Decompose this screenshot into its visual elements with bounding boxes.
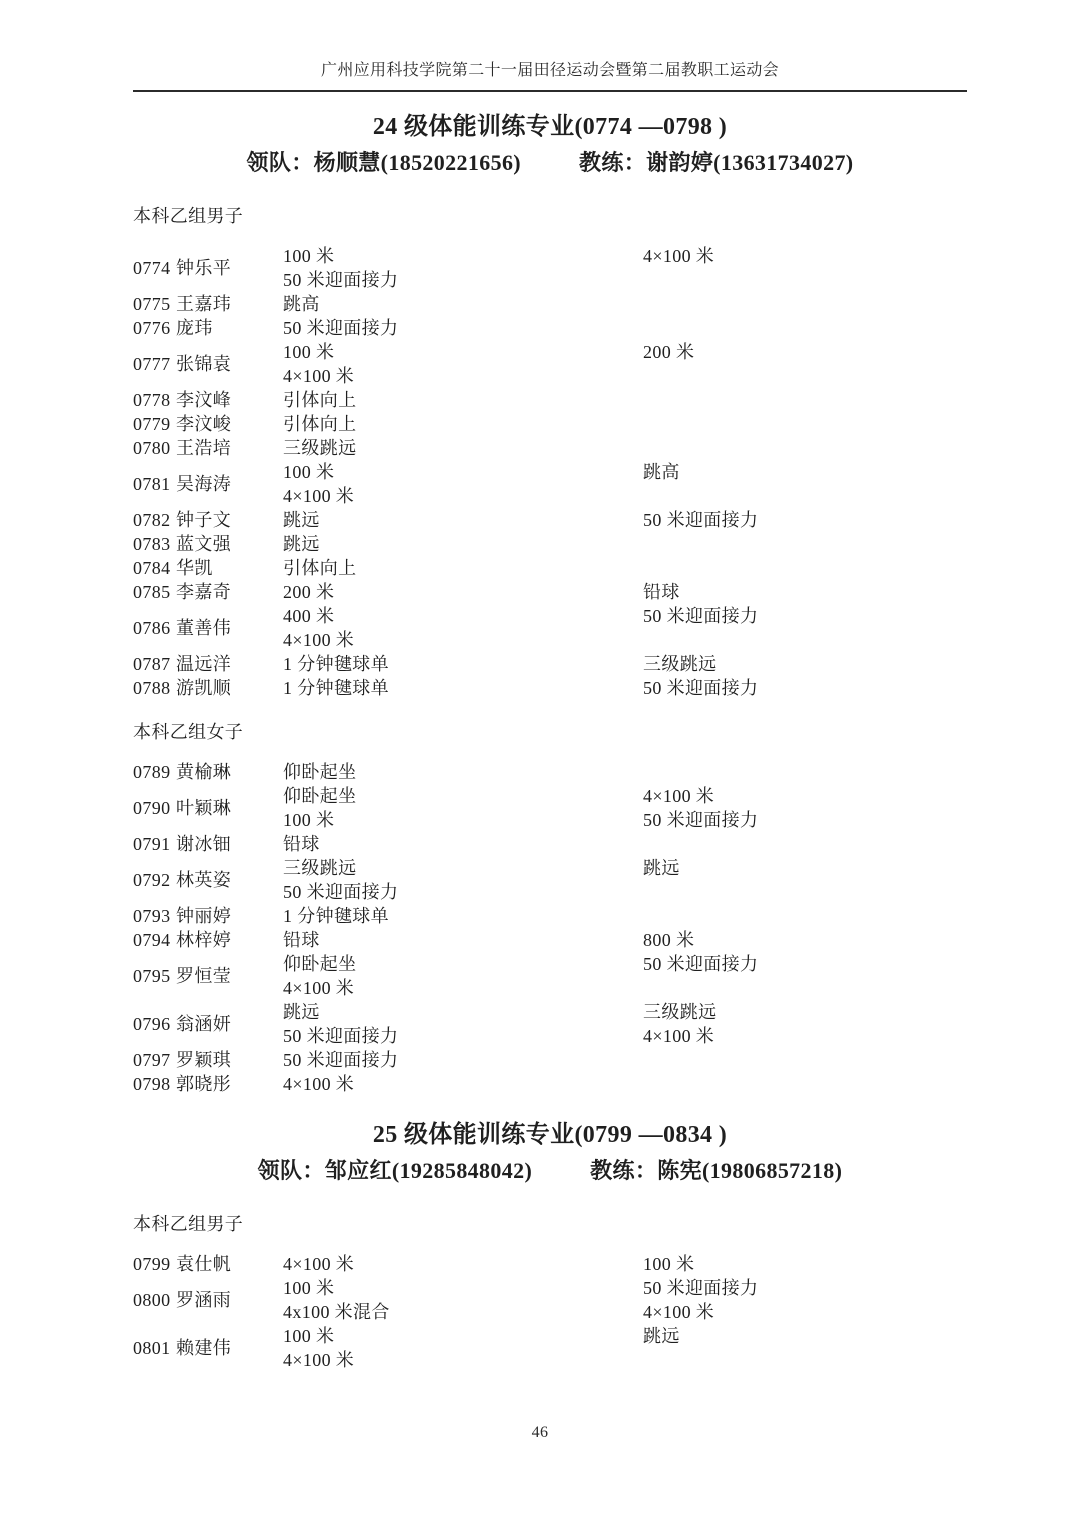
event-item: 1 分钟毽球单 xyxy=(283,904,643,928)
athlete-id: 0790 xyxy=(133,796,176,820)
athlete-name: 王浩培 xyxy=(176,436,283,460)
athlete-row: 0787 温远洋 1 分钟毽球单 三级跳远 xyxy=(133,652,967,676)
event-item: 50 米迎面接力 xyxy=(283,1048,643,1072)
event-item: 仰卧起坐 xyxy=(283,760,643,784)
events-primary: 三级跳远50 米迎面接力 xyxy=(283,856,643,904)
event-item: 4×100 米 xyxy=(283,1348,643,1372)
events-primary: 三级跳远 xyxy=(283,436,643,460)
events-primary: 1 分钟毽球单 xyxy=(283,904,643,928)
page: 广州应用科技学院第二十一届田径运动会暨第二届教职工运动会 24 级体能训练专业(… xyxy=(0,0,1080,1515)
events-secondary: 50 米迎面接力 xyxy=(643,676,967,700)
events-primary: 400 米4×100 米 xyxy=(283,604,643,652)
content: 24 级体能训练专业(0774 —0798 ) 领队：杨顺慧(185202216… xyxy=(133,112,967,1372)
groups: 24 级体能训练专业(0774 —0798 ) 领队：杨顺慧(185202216… xyxy=(133,112,967,1372)
athlete-row: 0797 罗颖琪 50 米迎面接力 xyxy=(133,1048,967,1072)
events-secondary: 4×100 米50 米迎面接力 xyxy=(643,784,967,832)
roster-group: 24 级体能训练专业(0774 —0798 ) 领队：杨顺慧(185202216… xyxy=(133,112,967,1096)
group-sections: 本科乙组男子 0799 袁仕帆 4×100 米 100 米 0800 罗涵雨 1… xyxy=(133,1212,967,1372)
event-item: 引体向上 xyxy=(283,556,643,580)
athlete-row: 0776 庞玮 50 米迎面接力 xyxy=(133,316,967,340)
events-primary: 引体向上 xyxy=(283,556,643,580)
athlete-row: 0799 袁仕帆 4×100 米 100 米 xyxy=(133,1252,967,1276)
events-primary: 1 分钟毽球单 xyxy=(283,676,643,700)
events-secondary: 跳远 xyxy=(643,856,967,880)
athlete-row: 0779 李汶峻 引体向上 xyxy=(133,412,967,436)
section-rows: 0789 黄榆琳 仰卧起坐 0790 叶颖琳 仰卧起坐100 米 4×100 米… xyxy=(133,760,967,1096)
event-item: 50 米迎面接力 xyxy=(283,316,643,340)
athlete-row: 0798 郭晓彤 4×100 米 xyxy=(133,1072,967,1096)
athlete-id: 0796 xyxy=(133,1012,176,1036)
athlete-row: 0789 黄榆琳 仰卧起坐 xyxy=(133,760,967,784)
athlete-name: 罗涵雨 xyxy=(176,1288,283,1312)
event-item: 50 米迎面接力 xyxy=(643,808,967,832)
events-primary: 100 米4×100 米 xyxy=(283,1324,643,1372)
athlete-id: 0795 xyxy=(133,964,176,988)
event-item: 跳远 xyxy=(643,1324,967,1348)
athlete-id: 0794 xyxy=(133,928,176,952)
event-item: 跳远 xyxy=(283,1000,643,1024)
athlete-name: 郭晓彤 xyxy=(176,1072,283,1096)
athlete-row: 0774 钟乐平 100 米50 米迎面接力 4×100 米 xyxy=(133,244,967,292)
athlete-row: 0792 林英姿 三级跳远50 米迎面接力 跳远 xyxy=(133,856,967,904)
athlete-name: 李嘉奇 xyxy=(176,580,283,604)
event-item: 跳远 xyxy=(643,856,967,880)
events-primary: 100 米4×100 米 xyxy=(283,340,643,388)
events-primary: 铅球 xyxy=(283,928,643,952)
event-item: 4×100 米 xyxy=(643,784,967,808)
event-item: 100 米 xyxy=(283,340,643,364)
events-primary: 100 米4×100 米 xyxy=(283,460,643,508)
athlete-name: 赖建伟 xyxy=(176,1336,283,1360)
events-primary: 100 米4x100 米混合 xyxy=(283,1276,643,1324)
athlete-id: 0784 xyxy=(133,556,176,580)
event-item: 跳远 xyxy=(283,508,643,532)
event-item: 4×100 米 xyxy=(643,244,967,268)
athlete-name: 王嘉玮 xyxy=(176,292,283,316)
athlete-name: 黄榆琳 xyxy=(176,760,283,784)
section-rows: 0799 袁仕帆 4×100 米 100 米 0800 罗涵雨 100 米4x1… xyxy=(133,1252,967,1372)
event-item: 三级跳远 xyxy=(283,856,643,880)
event-item: 4×100 米 xyxy=(643,1300,967,1324)
event-item: 800 米 xyxy=(643,928,967,952)
athlete-id: 0789 xyxy=(133,760,176,784)
event-item: 50 米迎面接力 xyxy=(643,604,967,628)
event-item: 50 米迎面接力 xyxy=(643,952,967,976)
events-primary: 仰卧起坐4×100 米 xyxy=(283,952,643,1000)
athlete-row: 0791 谢冰钿 铅球 xyxy=(133,832,967,856)
event-item: 200 米 xyxy=(643,340,967,364)
athlete-row: 0782 钟子文 跳远 50 米迎面接力 xyxy=(133,508,967,532)
group-subtitle: 领队：杨顺慧(18520221656) 教练：谢韵婷(13631734027) xyxy=(133,148,967,178)
events-secondary: 铅球 xyxy=(643,580,967,604)
events-secondary: 50 米迎面接力 xyxy=(643,604,967,628)
athlete-id: 0800 xyxy=(133,1288,176,1312)
events-primary: 跳高 xyxy=(283,292,643,316)
events-primary: 4×100 米 xyxy=(283,1252,643,1276)
athlete-row: 0790 叶颖琳 仰卧起坐100 米 4×100 米50 米迎面接力 xyxy=(133,784,967,832)
events-primary: 仰卧起坐 xyxy=(283,760,643,784)
event-item: 4×100 米 xyxy=(283,976,643,1000)
page-number: 46 xyxy=(532,1424,549,1441)
athlete-row: 0788 游凯顺 1 分钟毽球单 50 米迎面接力 xyxy=(133,676,967,700)
event-item: 跳高 xyxy=(643,460,967,484)
event-item: 4×100 米 xyxy=(283,364,643,388)
athlete-name: 吴海涛 xyxy=(176,472,283,496)
event-item: 200 米 xyxy=(283,580,643,604)
athlete-name: 钟丽婷 xyxy=(176,904,283,928)
event-item: 4×100 米 xyxy=(283,1072,643,1096)
athlete-row: 0780 王浩培 三级跳远 xyxy=(133,436,967,460)
event-item: 引体向上 xyxy=(283,388,643,412)
event-item: 4×100 米 xyxy=(283,1252,643,1276)
athlete-row: 0781 吴海涛 100 米4×100 米 跳高 xyxy=(133,460,967,508)
athlete-name: 翁涵妍 xyxy=(176,1012,283,1036)
document-header: 广州应用科技学院第二十一届田径运动会暨第二届教职工运动会 xyxy=(133,0,967,92)
athlete-name: 董善伟 xyxy=(176,616,283,640)
event-item: 仰卧起坐 xyxy=(283,784,643,808)
athlete-name: 罗恒莹 xyxy=(176,964,283,988)
athlete-id: 0778 xyxy=(133,388,176,412)
event-item: 铅球 xyxy=(643,580,967,604)
athlete-row: 0794 林梓婷 铅球 800 米 xyxy=(133,928,967,952)
event-item: 100 米 xyxy=(283,244,643,268)
athlete-row: 0800 罗涵雨 100 米4x100 米混合 50 米迎面接力4×100 米 xyxy=(133,1276,967,1324)
athlete-id: 0774 xyxy=(133,256,176,280)
event-item: 4x100 米混合 xyxy=(283,1300,643,1324)
athlete-row: 0795 罗恒莹 仰卧起坐4×100 米 50 米迎面接力 xyxy=(133,952,967,1000)
athlete-name: 游凯顺 xyxy=(176,676,283,700)
athlete-id: 0775 xyxy=(133,292,176,316)
coach-info: 教练：谢韵婷(13631734027) xyxy=(579,148,854,178)
event-item: 100 米 xyxy=(283,460,643,484)
events-primary: 100 米50 米迎面接力 xyxy=(283,244,643,292)
athlete-row: 0778 李汶峰 引体向上 xyxy=(133,388,967,412)
events-secondary: 100 米 xyxy=(643,1252,967,1276)
athlete-id: 0792 xyxy=(133,868,176,892)
events-primary: 跳远50 米迎面接力 xyxy=(283,1000,643,1048)
athlete-id: 0777 xyxy=(133,352,176,376)
event-item: 跳高 xyxy=(283,292,643,316)
event-item: 1 分钟毽球单 xyxy=(283,676,643,700)
athlete-name: 华凯 xyxy=(176,556,283,580)
athlete-id: 0791 xyxy=(133,832,176,856)
events-secondary: 跳远 xyxy=(643,1324,967,1348)
event-item: 100 米 xyxy=(643,1252,967,1276)
event-item: 1 分钟毽球单 xyxy=(283,652,643,676)
athlete-id: 0788 xyxy=(133,676,176,700)
events-primary: 跳远 xyxy=(283,532,643,556)
event-item: 三级跳远 xyxy=(283,436,643,460)
event-item: 引体向上 xyxy=(283,412,643,436)
athlete-id: 0782 xyxy=(133,508,176,532)
athlete-name: 林梓婷 xyxy=(176,928,283,952)
athlete-row: 0801 赖建伟 100 米4×100 米 跳远 xyxy=(133,1324,967,1372)
leader-info: 领队：邹应红(19285848042) xyxy=(258,1156,533,1186)
events-secondary: 50 米迎面接力 xyxy=(643,508,967,532)
page-footer: 46 xyxy=(0,1424,1080,1442)
athlete-name: 林英姿 xyxy=(176,868,283,892)
roster-section: 本科乙组男子 0799 袁仕帆 4×100 米 100 米 0800 罗涵雨 1… xyxy=(133,1212,967,1372)
event-item: 铅球 xyxy=(283,832,643,856)
athlete-name: 张锦袁 xyxy=(176,352,283,376)
leader-info: 领队：杨顺慧(18520221656) xyxy=(247,148,522,178)
event-item: 铅球 xyxy=(283,928,643,952)
events-primary: 引体向上 xyxy=(283,388,643,412)
athlete-name: 钟乐平 xyxy=(176,256,283,280)
athlete-name: 谢冰钿 xyxy=(176,832,283,856)
athlete-name: 温远洋 xyxy=(176,652,283,676)
event-item: 50 米迎面接力 xyxy=(643,1276,967,1300)
roster-section: 本科乙组女子 0789 黄榆琳 仰卧起坐 0790 叶颖琳 仰卧起坐100 米 … xyxy=(133,720,967,1096)
roster-group: 25 级体能训练专业(0799 —0834 ) 领队：邹应红(192858480… xyxy=(133,1120,967,1372)
event-item: 4×100 米 xyxy=(283,628,643,652)
event-item: 100 米 xyxy=(283,808,643,832)
document-header-title: 广州应用科技学院第二十一届田径运动会暨第二届教职工运动会 xyxy=(321,62,779,79)
athlete-row: 0796 翁涵妍 跳远50 米迎面接力 三级跳远4×100 米 xyxy=(133,1000,967,1048)
athlete-name: 叶颖琳 xyxy=(176,796,283,820)
athlete-id: 0798 xyxy=(133,1072,176,1096)
section-heading: 本科乙组女子 xyxy=(133,720,967,744)
athlete-row: 0777 张锦袁 100 米4×100 米 200 米 xyxy=(133,340,967,388)
athlete-id: 0783 xyxy=(133,532,176,556)
section-heading: 本科乙组男子 xyxy=(133,204,967,228)
events-secondary: 50 米迎面接力 xyxy=(643,952,967,976)
athlete-name: 庞玮 xyxy=(176,316,283,340)
athlete-id: 0779 xyxy=(133,412,176,436)
section-heading: 本科乙组男子 xyxy=(133,1212,967,1236)
events-secondary: 跳高 xyxy=(643,460,967,484)
event-item: 跳远 xyxy=(283,532,643,556)
events-primary: 跳远 xyxy=(283,508,643,532)
events-secondary: 50 米迎面接力4×100 米 xyxy=(643,1276,967,1324)
athlete-id: 0799 xyxy=(133,1252,176,1276)
event-item: 50 米迎面接力 xyxy=(643,676,967,700)
athlete-row: 0786 董善伟 400 米4×100 米 50 米迎面接力 xyxy=(133,604,967,652)
events-primary: 50 米迎面接力 xyxy=(283,316,643,340)
events-primary: 50 米迎面接力 xyxy=(283,1048,643,1072)
events-primary: 1 分钟毽球单 xyxy=(283,652,643,676)
events-secondary: 800 米 xyxy=(643,928,967,952)
athlete-row: 0783 蓝文强 跳远 xyxy=(133,532,967,556)
roster-section: 本科乙组男子 0774 钟乐平 100 米50 米迎面接力 4×100 米 07… xyxy=(133,204,967,700)
athlete-id: 0786 xyxy=(133,616,176,640)
events-secondary: 三级跳远 xyxy=(643,652,967,676)
athlete-name: 罗颖琪 xyxy=(176,1048,283,1072)
event-item: 50 米迎面接力 xyxy=(283,880,643,904)
athlete-id: 0780 xyxy=(133,436,176,460)
athlete-id: 0785 xyxy=(133,580,176,604)
events-secondary: 三级跳远4×100 米 xyxy=(643,1000,967,1048)
events-primary: 200 米 xyxy=(283,580,643,604)
athlete-name: 李汶峻 xyxy=(176,412,283,436)
athlete-id: 0793 xyxy=(133,904,176,928)
events-primary: 铅球 xyxy=(283,832,643,856)
athlete-row: 0775 王嘉玮 跳高 xyxy=(133,292,967,316)
event-item: 50 米迎面接力 xyxy=(283,1024,643,1048)
section-rows: 0774 钟乐平 100 米50 米迎面接力 4×100 米 0775 王嘉玮 … xyxy=(133,244,967,700)
event-item: 400 米 xyxy=(283,604,643,628)
athlete-name: 李汶峰 xyxy=(176,388,283,412)
athlete-id: 0776 xyxy=(133,316,176,340)
group-title: 24 级体能训练专业(0774 —0798 ) xyxy=(133,112,967,142)
athlete-id: 0781 xyxy=(133,472,176,496)
athlete-row: 0785 李嘉奇 200 米 铅球 xyxy=(133,580,967,604)
event-item: 100 米 xyxy=(283,1276,643,1300)
events-secondary: 4×100 米 xyxy=(643,244,967,268)
event-item: 50 米迎面接力 xyxy=(283,268,643,292)
events-secondary: 200 米 xyxy=(643,340,967,364)
event-item: 三级跳远 xyxy=(643,1000,967,1024)
event-item: 三级跳远 xyxy=(643,652,967,676)
events-primary: 仰卧起坐100 米 xyxy=(283,784,643,832)
event-item: 4×100 米 xyxy=(283,484,643,508)
group-subtitle: 领队：邹应红(19285848042) 教练：陈宪(19806857218) xyxy=(133,1156,967,1186)
events-primary: 4×100 米 xyxy=(283,1072,643,1096)
event-item: 50 米迎面接力 xyxy=(643,508,967,532)
athlete-name: 蓝文强 xyxy=(176,532,283,556)
athlete-id: 0801 xyxy=(133,1336,176,1360)
event-item: 仰卧起坐 xyxy=(283,952,643,976)
coach-info: 教练：陈宪(19806857218) xyxy=(590,1156,842,1186)
athlete-row: 0784 华凯 引体向上 xyxy=(133,556,967,580)
event-item: 100 米 xyxy=(283,1324,643,1348)
athlete-id: 0787 xyxy=(133,652,176,676)
events-primary: 引体向上 xyxy=(283,412,643,436)
group-sections: 本科乙组男子 0774 钟乐平 100 米50 米迎面接力 4×100 米 07… xyxy=(133,204,967,1096)
athlete-id: 0797 xyxy=(133,1048,176,1072)
athlete-row: 0793 钟丽婷 1 分钟毽球单 xyxy=(133,904,967,928)
event-item: 4×100 米 xyxy=(643,1024,967,1048)
athlete-name: 钟子文 xyxy=(176,508,283,532)
athlete-name: 袁仕帆 xyxy=(176,1252,283,1276)
group-title: 25 级体能训练专业(0799 —0834 ) xyxy=(133,1120,967,1150)
